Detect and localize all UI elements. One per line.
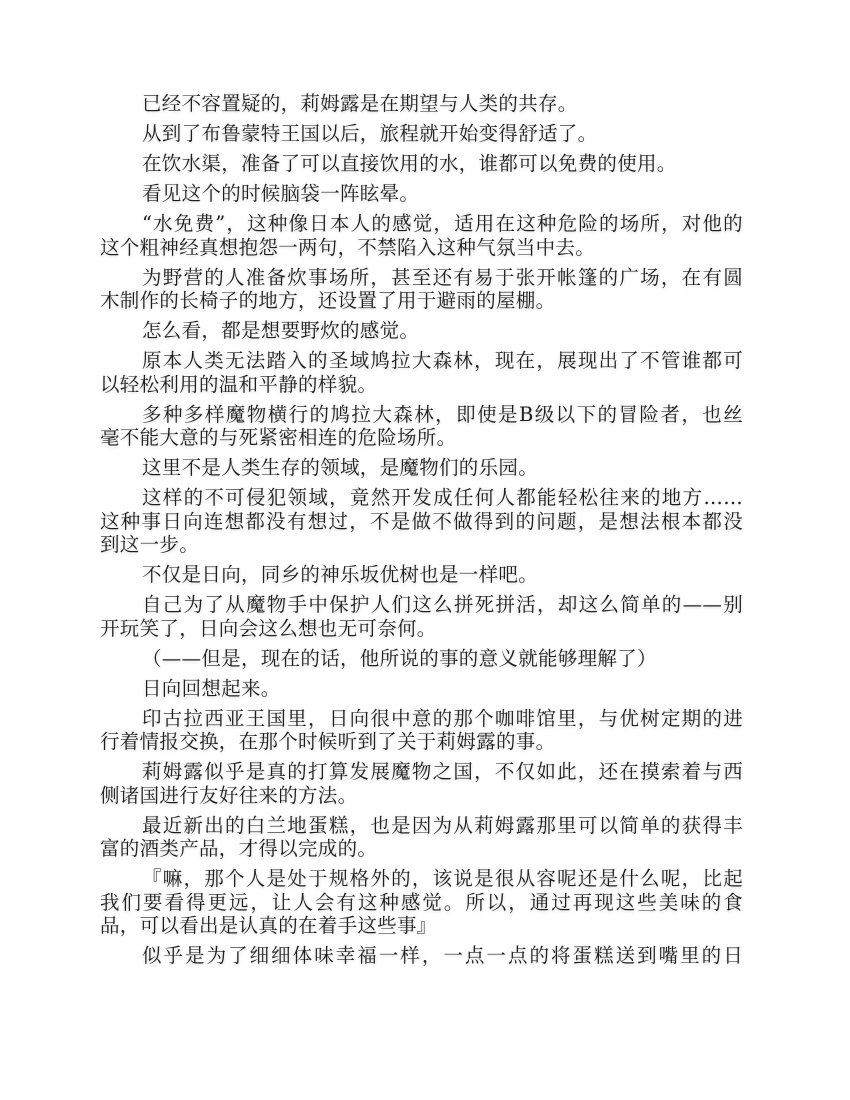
text-line: 我们要看得更远，让人会有这种感觉。所以，通过再现这些美味的食 [100,891,743,915]
text-line: 这里不是人类生存的领域，是魔物们的乐园。 [100,456,743,480]
paragraph: 为野营的人准备炊事场所，甚至还有易于张开帐篷的广场，在有圆木制作的长椅子的地方，… [100,266,743,313]
text-line: 开玩笑了，日向会这么想也无可奈何。 [100,617,743,641]
paragraph: 原本人类无法踏入的圣域鸠拉大森林，现在，展现出了不管谁都可以轻松利用的温和平静的… [100,349,743,396]
text-line: 『嘛，那个人是处于规格外的，该说是很从容呢还是什么呢，比起 [100,867,743,891]
text-line: 这样的不可侵犯领域，竟然开发成任何人都能轻松往来的地方…… [100,486,743,510]
text-line: 日向回想起来。 [100,677,743,701]
paragraph: 莉姆露似乎是真的打算发展魔物之国，不仅如此，还在摸索着与西侧诸国进行友好往来的方… [100,760,743,807]
paragraph: “水免费”，这种像日本人的感觉，适用在这种危险的场所，对他的这个粗神经真想抱怨一… [100,212,743,259]
paragraph: 在饮水渠，准备了可以直接饮用的水，谁都可以免费的使用。 [100,152,743,176]
paragraph: 似乎是为了细细体味幸福一样，一点一点的将蛋糕送到嘴里的日 [100,944,743,968]
text-line: 行着情报交换，在那个时候听到了关于莉姆露的事。 [100,730,743,754]
text-line: 怎么看，都是想要野炊的感觉。 [100,319,743,343]
paragraph: 不仅是日向，同乡的神乐坂优树也是一样吧。 [100,563,743,587]
text-line: 毫不能大意的与死紧密相连的危险场所。 [100,426,743,450]
text-line: 侧诸国进行友好往来的方法。 [100,784,743,808]
paragraph: 多种多样魔物横行的鸠拉大森林，即使是B级以下的冒险者，也丝毫不能大意的与死紧密相… [100,403,743,450]
paragraph: 从到了布鲁蒙特王国以后，旅程就开始变得舒适了。 [100,122,743,146]
document-body: 已经不容置疑的，莉姆露是在期望与人类的共存。从到了布鲁蒙特王国以后，旅程就开始变… [100,92,743,974]
text-line: 这个粗神经真想抱怨一两句，不禁陷入这种气氛当中去。 [100,236,743,260]
text-line: 不仅是日向，同乡的神乐坂优树也是一样吧。 [100,563,743,587]
text-line: 看见这个的时候脑袋一阵眩晕。 [100,182,743,206]
document-page: 已经不容置疑的，莉姆露是在期望与人类的共存。从到了布鲁蒙特王国以后，旅程就开始变… [0,0,850,1100]
text-line: 原本人类无法踏入的圣域鸠拉大森林，现在，展现出了不管谁都可 [100,349,743,373]
text-line: 富的酒类产品，才得以完成的。 [100,837,743,861]
text-line: 以轻松利用的温和平静的样貌。 [100,373,743,397]
text-line: （——但是，现在的话，他所说的事的意义就能够理解了） [100,647,743,671]
text-line: 在饮水渠，准备了可以直接饮用的水，谁都可以免费的使用。 [100,152,743,176]
text-line: 这种事日向连想都没有想过，不是做不做得到的问题，是想法根本都没 [100,510,743,534]
text-line: 多种多样魔物横行的鸠拉大森林，即使是B级以下的冒险者，也丝 [100,403,743,427]
paragraph: 这里不是人类生存的领域，是魔物们的乐园。 [100,456,743,480]
text-line: 已经不容置疑的，莉姆露是在期望与人类的共存。 [100,92,743,116]
text-line: “水免费”，这种像日本人的感觉，适用在这种危险的场所，对他的 [100,212,743,236]
paragraph: 这样的不可侵犯领域，竟然开发成任何人都能轻松往来的地方……这种事日向连想都没有想… [100,486,743,557]
paragraph: 最近新出的白兰地蛋糕，也是因为从莉姆露那里可以简单的获得丰富的酒类产品，才得以完… [100,814,743,861]
text-line: 似乎是为了细细体味幸福一样，一点一点的将蛋糕送到嘴里的日 [100,944,743,968]
text-line: 到这一步。 [100,533,743,557]
paragraph: 看见这个的时候脑袋一阵眩晕。 [100,182,743,206]
text-line: 品，可以看出是认真的在着手这些事』 [100,914,743,938]
text-line: 为野营的人准备炊事场所，甚至还有易于张开帐篷的广场，在有圆 [100,266,743,290]
text-line: 印古拉西亚王国里，日向很中意的那个咖啡馆里，与优树定期的进 [100,707,743,731]
paragraph: （——但是，现在的话，他所说的事的意义就能够理解了） [100,647,743,671]
paragraph: 日向回想起来。 [100,677,743,701]
text-line: 木制作的长椅子的地方，还设置了用于避雨的屋棚。 [100,289,743,313]
paragraph: 已经不容置疑的，莉姆露是在期望与人类的共存。 [100,92,743,116]
text-line: 自己为了从魔物手中保护人们这么拼死拼活，却这么简单的——别 [100,593,743,617]
text-line: 最近新出的白兰地蛋糕，也是因为从莉姆露那里可以简单的获得丰 [100,814,743,838]
text-line: 莉姆露似乎是真的打算发展魔物之国，不仅如此，还在摸索着与西 [100,760,743,784]
paragraph: 怎么看，都是想要野炊的感觉。 [100,319,743,343]
paragraph: 印古拉西亚王国里，日向很中意的那个咖啡馆里，与优树定期的进行着情报交换，在那个时… [100,707,743,754]
text-line: 从到了布鲁蒙特王国以后，旅程就开始变得舒适了。 [100,122,743,146]
paragraph: 『嘛，那个人是处于规格外的，该说是很从容呢还是什么呢，比起我们要看得更远，让人会… [100,867,743,938]
paragraph: 自己为了从魔物手中保护人们这么拼死拼活，却这么简单的——别开玩笑了，日向会这么想… [100,593,743,640]
